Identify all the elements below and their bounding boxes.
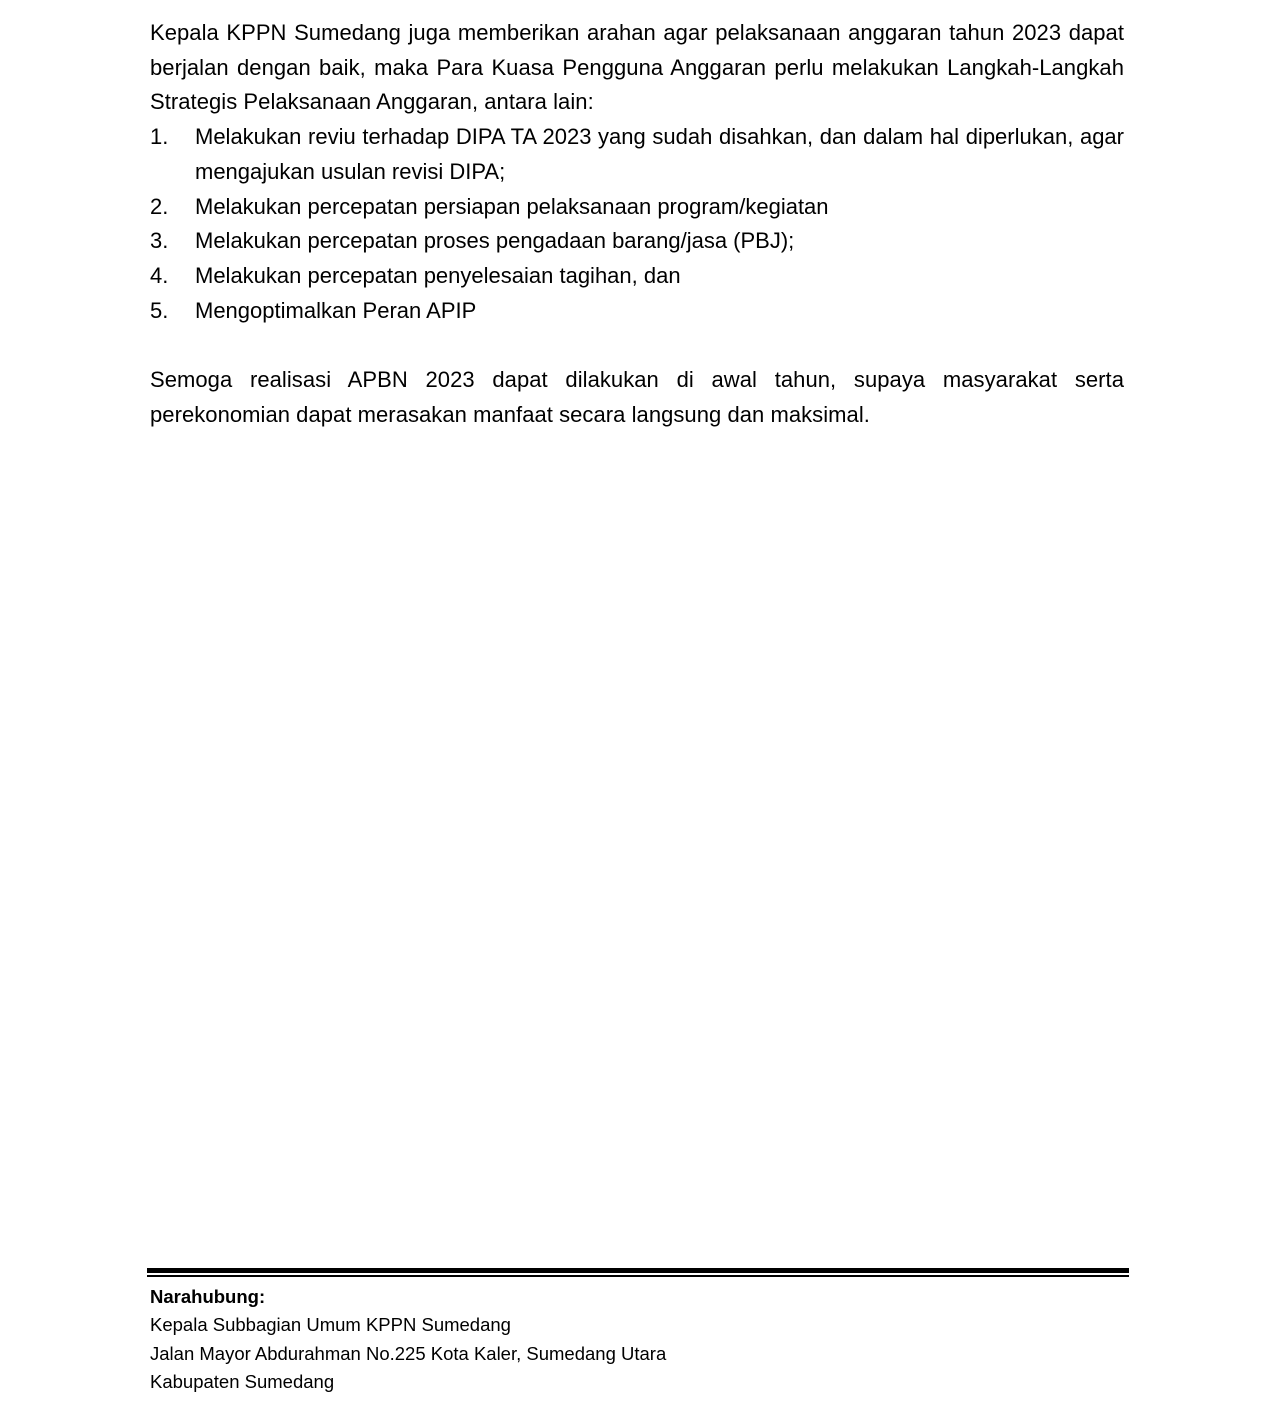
document-body: Kepala KPPN Sumedang juga memberikan ara… — [150, 16, 1124, 433]
list-item-text: Melakukan percepatan persiapan pelaksana… — [195, 194, 829, 219]
list-item-number: 1. — [150, 120, 168, 155]
list-item: 1. Melakukan reviu terhadap DIPA TA 2023… — [150, 120, 1124, 189]
list-item-text: Melakukan percepatan penyelesaian tagiha… — [195, 263, 681, 288]
strategic-steps-list: 1. Melakukan reviu terhadap DIPA TA 2023… — [150, 120, 1124, 328]
list-item: 2. Melakukan percepatan persiapan pelaks… — [150, 190, 1124, 225]
list-item-number: 2. — [150, 190, 168, 225]
closing-paragraph: Semoga realisasi APBN 2023 dapat dilakuk… — [150, 363, 1124, 432]
contact-footer: Narahubung: Kepala Subbagian Umum KPPN S… — [147, 1268, 1129, 1396]
contact-title: Narahubung: — [150, 1283, 1129, 1311]
intro-paragraph: Kepala KPPN Sumedang juga memberikan ara… — [150, 16, 1124, 120]
footer-divider-thin — [147, 1275, 1129, 1277]
contact-block: Narahubung: Kepala Subbagian Umum KPPN S… — [147, 1283, 1129, 1396]
contact-line-position: Kepala Subbagian Umum KPPN Sumedang — [150, 1311, 1129, 1339]
list-item-text: Melakukan percepatan proses pengadaan ba… — [195, 228, 794, 253]
list-item: 3. Melakukan percepatan proses pengadaan… — [150, 224, 1124, 259]
list-item-text: Melakukan reviu terhadap DIPA TA 2023 ya… — [195, 124, 1124, 184]
list-item-number: 3. — [150, 224, 168, 259]
contact-line-address: Jalan Mayor Abdurahman No.225 Kota Kaler… — [150, 1340, 1129, 1368]
list-item-number: 4. — [150, 259, 168, 294]
list-item-text: Mengoptimalkan Peran APIP — [195, 298, 476, 323]
list-item: 5. Mengoptimalkan Peran APIP — [150, 294, 1124, 329]
list-item-number: 5. — [150, 294, 168, 329]
list-item: 4. Melakukan percepatan penyelesaian tag… — [150, 259, 1124, 294]
contact-line-regency: Kabupaten Sumedang — [150, 1368, 1129, 1396]
